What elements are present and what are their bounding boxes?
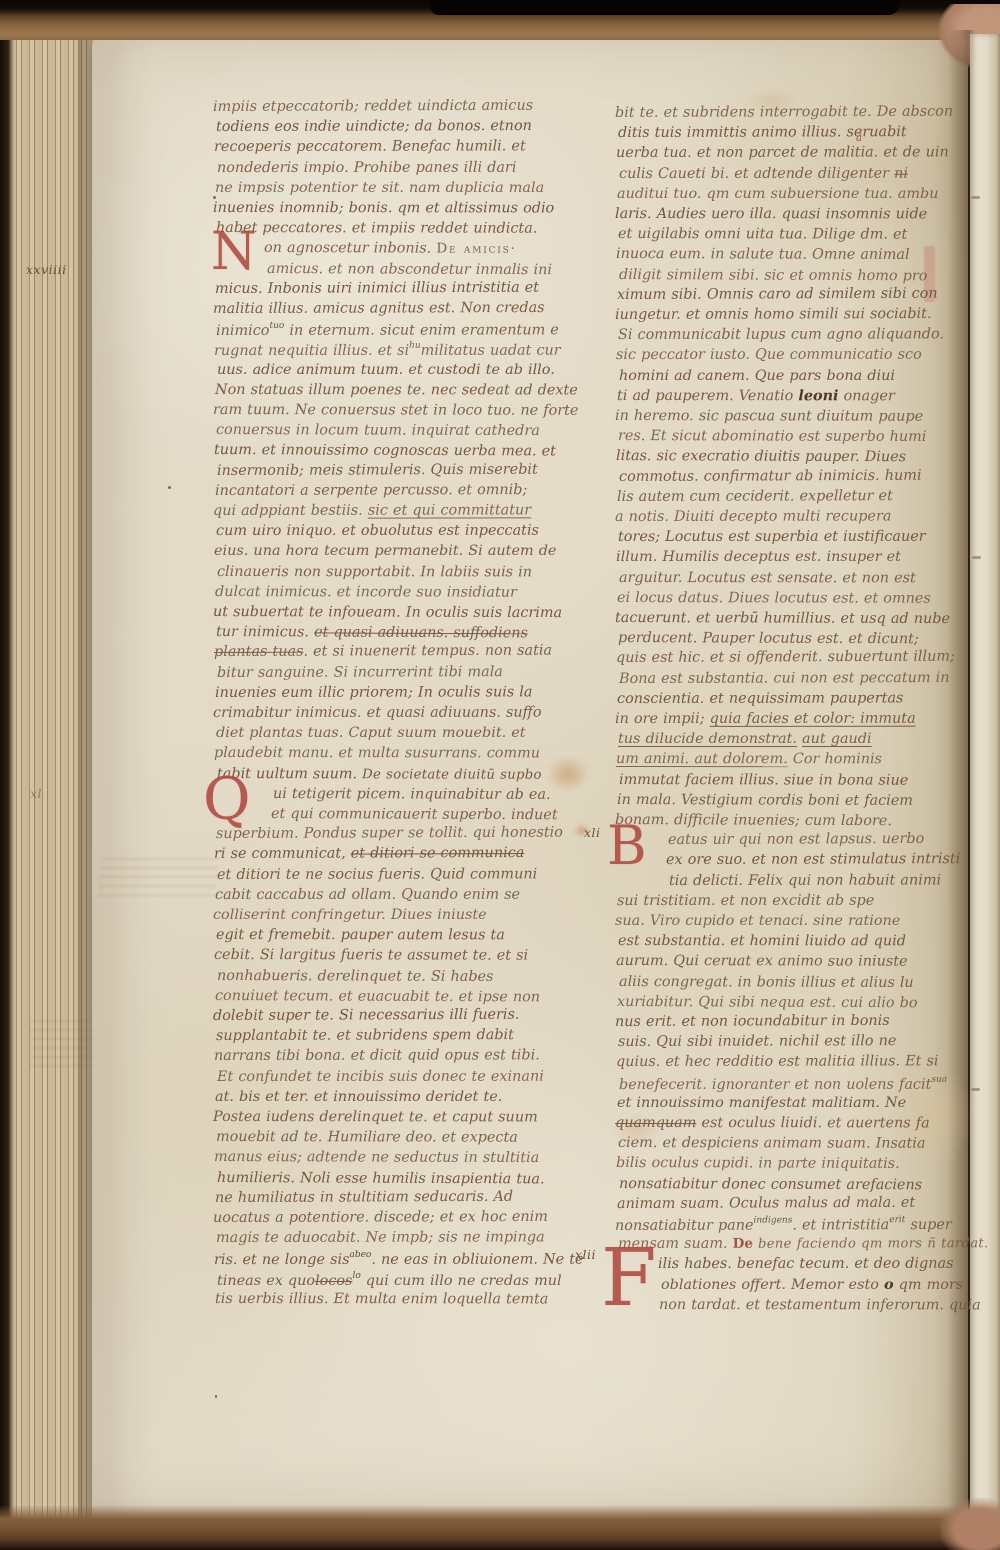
text-segment: in eternum. sicut enim eramentum e xyxy=(284,322,559,339)
text-segment-sup: sua xyxy=(931,1074,947,1084)
text-line: uerba tua. et non parcet de malitia. et … xyxy=(616,146,949,161)
text-segment: . et intristitia xyxy=(792,1217,889,1233)
text-segment: diet plantas tuas. Caput suum mouebit. e… xyxy=(216,725,526,741)
text-line: rugnat nequitia illius. et sihumilitatus… xyxy=(214,342,561,359)
text-segment: perducent. Pauper locutus est. et dicunt… xyxy=(618,630,919,647)
text-segment: culis Caueti bi. et adtende diligenter xyxy=(619,165,894,181)
text-line: dolebit super te. Si necessarius illi fu… xyxy=(213,1008,520,1024)
text-line: auditui tuo. qm cum subuersione tua. amb… xyxy=(617,187,939,201)
binding-stitch xyxy=(972,556,981,559)
text-line: conuersus in locum tuum. inquirat cathed… xyxy=(216,423,540,438)
text-segment: res. Et sicut abominatio est superbo hum… xyxy=(618,428,926,445)
text-segment-strike: quamquam xyxy=(615,1115,696,1131)
text-segment: sua. Viro cupido et tenaci. sine ratione xyxy=(615,913,900,929)
manuscript-photo: impiis etpeccatorib; reddet uindicta ami… xyxy=(0,0,1000,1550)
text-segment: eatus uir qui non est lapsus. uerbo xyxy=(668,831,924,848)
margin-chapter-number: xlii xyxy=(575,1247,596,1262)
text-segment: quius. et hec redditio est malitia illiu… xyxy=(616,1054,939,1071)
text-line: in heremo. sic pascua sunt diuitum paupe xyxy=(615,409,923,424)
text-segment: illum. Humilis deceptus est. insuper et xyxy=(616,549,901,565)
text-segment: cabit caccabus ad ollam. Quando enim se xyxy=(215,886,520,902)
text-segment: tuum. et innouissimo cognoscas uerba mea… xyxy=(214,442,556,459)
text-line: inuoca eum. in salute tua. Omne animal xyxy=(616,247,910,262)
text-line: magis te aduocabit. Ne impb; sis ne impi… xyxy=(216,1230,545,1245)
text-segment: at. bis et ter. et innouissimo deridet t… xyxy=(215,1089,502,1105)
text-segment: Cor hominis xyxy=(788,752,882,768)
text-line: humilieris. Noli esse humilis insapienti… xyxy=(217,1171,545,1187)
text-line: tacuerunt. et uerbū humillius. et usq ad… xyxy=(615,611,950,626)
text-segment-strike: ni xyxy=(894,165,908,181)
text-segment: ut subuertat te infoueam. In oculis suis… xyxy=(213,604,562,621)
text-segment: homini ad canem. Que pars bona diui xyxy=(619,368,895,384)
red-ink-accent: ã xyxy=(856,133,862,144)
text-line: et innouissimo manifestat malitiam. Ne xyxy=(617,1096,906,1110)
text-line: eius. una hora tecum permanebit. Si aute… xyxy=(214,544,556,558)
illuminated-initial-Q: Q xyxy=(203,776,251,822)
text-segment: onager xyxy=(839,388,895,404)
text-segment-sup: erit xyxy=(889,1215,905,1225)
text-line: on agnoscetur inbonis. De amicis· xyxy=(264,241,517,256)
text-segment: dulcat inimicus. et incorde suo insidiat… xyxy=(215,584,517,601)
text-segment: Postea iudens derelinquet te. et caput s… xyxy=(213,1109,538,1125)
text-segment: et innouissimo manifestat malitiam. Ne xyxy=(617,1095,906,1111)
text-line: suis. Qui sibi inuidet. nichil est illo … xyxy=(618,1034,896,1049)
text-line: micus. Inbonis uiri inimici illius intri… xyxy=(215,280,539,296)
text-line: insermonib; meis stimuleris. Quis misere… xyxy=(217,462,538,478)
text-segment: Si communicabit lupus cum agno aliquando… xyxy=(618,327,944,344)
text-segment-rub: bene faciendo qm mors ñ tardat. xyxy=(753,1236,989,1251)
text-segment-strike: et ditiori se communica xyxy=(351,845,525,862)
text-line: cebit. Si largitus fueris te assumet te.… xyxy=(214,948,528,963)
text-line: todiens eos indie uindicte; da bonos. et… xyxy=(216,119,532,134)
text-line: at. bis et ter. et innouissimo deridet t… xyxy=(215,1090,502,1104)
text-line: malitia illius. amicus agnitus est. Non … xyxy=(213,301,545,316)
text-segment: xuriabitur. Qui sibi nequa est. cui alio… xyxy=(617,994,918,1011)
margin-chapter-number: xli xyxy=(584,825,601,840)
text-segment: sui tristitiam. et non excidit ab spe xyxy=(617,893,874,909)
text-segment: inuoca eum. in salute tua. Omne animal xyxy=(616,246,910,263)
speck xyxy=(215,1395,217,1398)
text-line: tur inimicus. et quasi adiuuans. suffodi… xyxy=(216,625,528,641)
text-segment: Non statuas illum poenes te. nec sedeat … xyxy=(215,382,578,398)
text-line: ui tetigerit picem. inquinabitur ab ea. xyxy=(273,787,551,802)
text-segment: ilis habes. benefac tecum. et deo dignas xyxy=(658,1256,953,1272)
text-segment: mouebit ad te. Humiliare deo. et expecta xyxy=(216,1129,518,1146)
text-line: diligit similem sibi. sic et omnis homo … xyxy=(619,268,927,284)
text-line: tus dilucide demonstrat. aut gaudi xyxy=(618,732,872,746)
text-line: sua. Viro cupido et tenaci. sine ratione xyxy=(615,914,900,928)
text-segment: sic peccator iusto. Que communicatio sco xyxy=(616,347,922,363)
text-segment: rugnat nequitia illius. et si xyxy=(214,343,409,359)
text-line: nus erit. et non iocundabitur in bonis xyxy=(615,1014,890,1030)
text-line: in mala. Vestigium cordis boni et faciem xyxy=(617,793,913,808)
text-segment: arguitur. Locutus est sensate. et non es… xyxy=(619,570,916,586)
text-segment: on agnoscetur inbonis. xyxy=(264,240,436,257)
verso-showthrough xyxy=(30,1020,92,1072)
text-segment: conuersus in locum tuum. inquirat cathed… xyxy=(216,422,540,439)
text-segment: animam suam. Oculus malus ad mala. et xyxy=(617,1195,915,1212)
text-segment: conuiuet tecum. et euacuabit te. et ipse… xyxy=(215,988,540,1005)
text-line: recoeperis peccatorem. Benefac humili. e… xyxy=(214,140,526,155)
text-segment: aliis congregat. in bonis illius et aliu… xyxy=(619,974,914,991)
text-segment: ne humiliatus in stultitiam seducaris. A… xyxy=(215,1189,513,1206)
text-line: egit et fremebit. pauper autem lesus ta xyxy=(216,928,505,943)
text-segment: oblationes offert. Memor esto xyxy=(661,1277,884,1293)
text-segment: inuenies eum illic priorem; In oculis su… xyxy=(215,684,532,701)
text-line: bit te. et subridens interrogabit te. De… xyxy=(615,105,953,121)
text-segment: est substantia. et homini liuido ad quid xyxy=(618,933,906,949)
text-line: Postea iudens derelinquet te. et caput s… xyxy=(213,1110,538,1125)
verso-showthrough xyxy=(97,858,220,896)
text-segment: bit te. et subridens interrogabit te. De… xyxy=(615,104,953,121)
text-segment: conscientia. et nequissimam paupertas xyxy=(617,690,903,707)
text-line: a notis. Diuiti decepto multi recupera xyxy=(615,509,891,524)
text-line: Non statuas illum poenes te. nec sedeat … xyxy=(215,383,578,398)
text-segment: nus erit. et non iocundabitur in bonis xyxy=(615,1013,890,1030)
text-segment: inuenies inomnib; bonis. qm et altissimu… xyxy=(213,200,554,216)
text-line: sic peccator iusto. Que communicatio sco xyxy=(616,348,922,363)
text-line: qui adppiant bestiis. sic et qui committ… xyxy=(213,503,531,518)
margin-chapter-number: xl xyxy=(30,786,42,801)
text-line: bonam. difficile inuenies; cum labore. xyxy=(615,813,892,829)
text-line: Et confundet te incibis suis donec te ex… xyxy=(217,1069,544,1084)
text-segment: tineas ex quo xyxy=(217,1273,315,1289)
text-segment: qui adppiant bestiis. xyxy=(213,503,368,519)
text-segment: aurum. Qui ceruat ex animo suo iniuste xyxy=(616,953,908,970)
text-line: inuenies inomnib; bonis. qm et altissimu… xyxy=(213,201,554,216)
text-segment-sup: indigens xyxy=(754,1215,793,1225)
text-segment-strike: plantas tuas xyxy=(214,644,304,660)
text-line: nonsatiabitur paneindigens. et intristit… xyxy=(615,1216,952,1233)
text-segment: lis autem cum ceciderit. expelletur et xyxy=(617,488,893,505)
text-segment: litas. sic execratio diuitis pauper. Diu… xyxy=(616,448,906,465)
text-segment: ximum sibi. Omnis caro ad similem sibi c… xyxy=(617,285,938,302)
text-line: ditis tuis immittis animo illius. seruab… xyxy=(618,125,907,140)
text-line: Bona est substantia. cui non est peccatu… xyxy=(619,671,950,686)
text-line: arguitur. Locutus est sensate. et non es… xyxy=(619,571,916,586)
text-line: nonsatiabitur donec consumet arefaciens xyxy=(619,1177,922,1193)
text-segment: tia delicti. Felix qui non habuit animi xyxy=(669,872,941,889)
text-segment-rub: De societate diuitū supbo xyxy=(362,767,542,782)
text-line: mouebit ad te. Humiliare deo. et expecta xyxy=(216,1130,518,1145)
text-segment: ti ad pauperem. Venatio xyxy=(617,388,798,404)
text-segment-sup: lo xyxy=(352,1271,360,1281)
text-segment: nonhabueris. derelinquet te. Si habes xyxy=(217,968,494,985)
text-segment: bitur sanguine. Si incurrerint tibi mala xyxy=(217,664,503,681)
text-segment: est oculus liuidi. et auertens fa xyxy=(696,1115,929,1131)
text-segment: ei locus datus. Diues locutus est. et om… xyxy=(617,590,931,607)
text-column-right: bit te. et subridens interrogabit te. De… xyxy=(617,106,973,1326)
text-segment: plaudebit manu. et multa susurrans. comm… xyxy=(214,745,540,761)
text-segment: ne impsis potentior te sit. nam duplicia… xyxy=(215,180,544,196)
text-segment: tacuerunt. et uerbū humillius. et usq ad… xyxy=(615,610,950,627)
text-line: mensam suam. De bene faciendo qm mors ñ … xyxy=(618,1236,989,1251)
text-line: ciem. et despiciens animam suam. Insatia xyxy=(618,1136,926,1151)
text-line: tabit uultum suum. De societate diuitū s… xyxy=(217,767,542,782)
text-line: animam suam. Oculus malus ad mala. et xyxy=(617,1196,915,1212)
text-segment: in heremo. sic pascua sunt diuitum paupe xyxy=(615,408,923,425)
text-line: uocatus a potentiore. discede; et ex hoc… xyxy=(213,1210,548,1225)
text-line: cum uiro iniquo. et obuolutus est inpecc… xyxy=(216,524,539,539)
text-segment: tis uerbis illius. Et multa enim loquell… xyxy=(215,1291,548,1307)
text-segment: uus. adice animum tuum. et custodi te ab… xyxy=(217,362,555,378)
text-line: et qui communicauerit superbo. induet xyxy=(271,807,558,823)
text-segment: laris. Audies uero illa. quasi insomnis … xyxy=(615,206,927,222)
text-segment: cum uiro iniquo. et obuolutus est inpecc… xyxy=(216,523,539,539)
leather-corner-bottom xyxy=(940,1498,1000,1550)
text-line: tores; Locutus est superbia et iustifica… xyxy=(618,530,926,545)
text-segment: todiens eos indie uindicte; da bonos. et… xyxy=(216,118,532,135)
text-line: tia delicti. Felix qui non habuit animi xyxy=(669,873,941,888)
text-line: illum. Humilis deceptus est. insuper et xyxy=(616,550,901,564)
text-line: uus. adice animum tuum. et custodi te ab… xyxy=(217,363,555,377)
illuminated-initial-B: B xyxy=(607,824,647,867)
text-segment: incantatori a serpente percusso. et omni… xyxy=(215,482,527,499)
text-segment: super xyxy=(905,1217,951,1233)
text-line: Si communicabit lupus cum agno aliquando… xyxy=(618,328,944,343)
text-segment: Bona est substantia. cui non est peccatu… xyxy=(619,670,950,687)
text-line: est substantia. et homini liuido ad quid xyxy=(618,934,906,949)
text-line: conscientia. et nequissimam paupertas xyxy=(617,691,903,706)
text-line: nondederis impio. Prohibe panes illi dar… xyxy=(217,160,516,175)
text-line: et uigilabis omni uita tua. Dilige dm. e… xyxy=(618,227,907,242)
text-segment-strike: et quasi adiuuans. suffodiens xyxy=(314,625,528,642)
text-segment: et qui communicauerit superbo. induet xyxy=(271,806,558,823)
text-segment: eius. una hora tecum permanebit. Si aute… xyxy=(214,543,556,559)
text-line: ris. et ne longe sisabeo. ne eas in obli… xyxy=(214,1251,584,1268)
text-segment: ui tetigerit picem. inquinabitur ab ea. xyxy=(273,786,551,803)
text-line: diet plantas tuas. Caput suum mouebit. e… xyxy=(216,726,526,740)
text-segment-ul: quia facies et color: immuta xyxy=(710,711,916,727)
text-segment: . ne eas in obliuionem. Ne te xyxy=(371,1252,583,1268)
text-line: inuenies eum illic priorem; In oculis su… xyxy=(215,685,532,700)
text-segment: et ditiori te ne socius fueris. Quid com… xyxy=(217,866,537,883)
text-segment-ul: um animi. aut dolorem. xyxy=(616,751,788,767)
text-segment: bonam. difficile inuenies; cum labore. xyxy=(615,812,892,829)
binding-top-gap xyxy=(430,0,900,15)
text-segment-ul: tus dilucide demonstrat. xyxy=(618,731,797,747)
text-line: ne humiliatus in stultitiam seducaris. A… xyxy=(215,1190,513,1206)
text-line: conuiuet tecum. et euacuabit te. et ipse… xyxy=(215,989,540,1005)
text-segment: crimabitur inimicus. et quasi adiuuans. … xyxy=(213,705,542,721)
text-segment: commotus. confirmatur ab inimicis. humi xyxy=(619,467,922,484)
text-line: ilis habes. benefac tecum. et deo dignas xyxy=(658,1257,953,1272)
text-segment: recoeperis peccatorem. Benefac humili. e… xyxy=(214,139,526,156)
text-segment-dark: leoni xyxy=(798,387,838,404)
text-line: ex ore suo. et non est stimulatus intris… xyxy=(666,852,960,867)
text-segment: ciem. et despiciens animam suam. Insatia xyxy=(618,1135,926,1152)
text-line: supplantabit te. et subridens spem dabit xyxy=(216,1028,514,1043)
illuminated-initial-N: N xyxy=(211,232,257,274)
text-segment: malitia illius. amicus agnitus est. Non … xyxy=(213,300,545,317)
text-line: impiis etpeccatorib; reddet uindicta ami… xyxy=(213,99,533,115)
text-segment-ul: aut gaudi xyxy=(802,731,872,747)
text-line: colliserint confringetur. Diues iniuste xyxy=(213,908,487,922)
text-segment: uocatus a potentiore. discede; et ex hoc… xyxy=(213,1209,548,1226)
text-segment: in ore impii; xyxy=(615,711,710,727)
text-line: in ore impii; quia facies et color: immu… xyxy=(615,712,916,727)
text-line: litas. sic execratio diuitis pauper. Diu… xyxy=(616,449,906,465)
text-segment-rubred: De xyxy=(733,1236,753,1252)
text-line: oblationes offert. Memor esto o qm mors xyxy=(661,1278,963,1292)
text-segment: nonsatiabitur donec consumet arefaciens xyxy=(619,1176,922,1193)
text-line: plaudebit manu. et multa susurrans. comm… xyxy=(214,746,540,761)
text-line: tis uerbis illius. Et multa enim loquell… xyxy=(215,1292,548,1307)
text-line: iungetur. et omnis homo simili sui socia… xyxy=(615,307,932,322)
text-segment: impiis etpeccatorib; reddet uindicta ami… xyxy=(213,98,533,115)
text-segment: auditui tuo. qm cum subuersione tua. amb… xyxy=(617,186,939,202)
text-line: immutat faciem illius. siue in bona siue xyxy=(619,773,908,788)
text-segment: a notis. Diuiti decepto multi recupera xyxy=(615,508,891,525)
text-line: laris. Audies uero illa. quasi insomnis … xyxy=(615,207,927,222)
margin-chapter-number: xxviiii xyxy=(26,262,67,277)
text-line: perducent. Pauper locutus est. et dicunt… xyxy=(618,631,919,647)
text-segment: et uigilabis omni uita tua. Dilige dm. e… xyxy=(618,226,907,243)
text-segment-dark: o xyxy=(884,1276,894,1293)
text-segment: inimico xyxy=(216,323,269,339)
text-line: bilis oculus cupidi. in parte iniquitati… xyxy=(616,1156,900,1171)
text-segment: ditis tuis immittis animo illius. seruab… xyxy=(618,124,907,141)
text-line: ut subuertat te infoueam. In oculis suis… xyxy=(213,605,562,621)
text-segment: tores; Locutus est superbia et iustifica… xyxy=(618,529,926,545)
text-line: tineas ex quolocoslo qui cum illo ne cre… xyxy=(217,1272,562,1288)
text-line: culis Caueti bi. et adtende diligenter n… xyxy=(619,166,908,181)
text-segment: habet peccatores. et impiis reddet uindi… xyxy=(216,220,537,237)
text-line: inimicotuo in eternum. sicut enim eramen… xyxy=(216,321,559,338)
text-segment: Et confundet te incibis suis donec te ex… xyxy=(217,1068,544,1084)
text-line: quius. et hec redditio est malitia illiu… xyxy=(616,1055,939,1070)
text-line: res. Et sicut abominatio est superbo hum… xyxy=(618,429,926,444)
text-line: commotus. confirmatur ab inimicis. humi xyxy=(619,468,922,484)
text-segment: iungetur. et omnis homo simili sui socia… xyxy=(615,306,932,323)
text-segment-strike: locos xyxy=(315,1273,352,1289)
text-line: clinaueris non supportabit. In labiis su… xyxy=(217,565,532,580)
text-line: ximum sibi. Omnis caro ad similem sibi c… xyxy=(617,286,938,302)
text-segment: militatus uadat cur xyxy=(421,343,561,359)
text-line: nonhabueris. derelinquet te. Si habes xyxy=(217,969,494,984)
text-line: dulcat inimicus. et incorde suo insidiat… xyxy=(215,585,517,600)
illuminated-initial-F: F xyxy=(601,1246,657,1310)
text-segment-ul: sic et qui committatur xyxy=(368,502,531,518)
text-line: homini ad canem. Que pars bona diui xyxy=(619,369,895,383)
text-line: amicus. et non abscondetur inmalis ini xyxy=(267,262,552,278)
text-line: quamquam est oculus liuidi. et auertens … xyxy=(615,1116,930,1131)
text-line: eatus uir qui non est lapsus. uerbo xyxy=(668,832,924,847)
text-line: manus eius; adtende ne seductus in stult… xyxy=(214,1150,539,1165)
text-segment-caps: De amicis· xyxy=(436,241,516,257)
text-segment: diligit similem sibi. sic et omnis homo … xyxy=(619,267,928,284)
text-segment: superbium. Pondus super se tollit. qui h… xyxy=(216,825,563,842)
text-line: non tardat. et testamentum inferorum. qu… xyxy=(659,1298,981,1313)
text-segment: . et si inuenerit tempus. non satia xyxy=(303,643,552,660)
text-line: superbium. Pondus super se tollit. qui h… xyxy=(216,826,563,842)
text-segment: insermonib; meis stimuleris. Quis misere… xyxy=(217,461,538,478)
text-segment: tur inimicus. xyxy=(216,624,314,640)
text-line: narrans tibi bona. et dicit quid opus es… xyxy=(214,1049,540,1064)
text-segment: egit et fremebit. pauper autem lesus ta xyxy=(216,927,505,943)
text-segment: narrans tibi bona. et dicit quid opus es… xyxy=(214,1048,540,1065)
text-segment: ram tuum. Ne conuersus stet in loco tuo.… xyxy=(213,402,578,419)
text-line: ram tuum. Ne conuersus stet in loco tuo.… xyxy=(213,403,578,418)
speck xyxy=(168,486,171,489)
text-segment: nondederis impio. Prohibe panes illi dar… xyxy=(217,159,516,175)
text-segment: micus. Inbonis uiri inimici illius intri… xyxy=(215,279,539,296)
text-line: crimabitur inimicus. et quasi adiuuans. … xyxy=(213,706,542,721)
text-segment: qui cum illo ne credas mul xyxy=(361,1273,562,1289)
text-line: plantas tuas. et si inuenerit tempus. no… xyxy=(214,644,552,660)
text-segment: humilieris. Noli esse humilis insapienti… xyxy=(217,1170,545,1187)
text-segment-sup: hu xyxy=(409,341,421,351)
text-line: aurum. Qui ceruat ex animo suo iniuste xyxy=(616,954,908,969)
text-line: aliis congregat. in bonis illius et aliu… xyxy=(619,975,914,990)
text-line: cabit caccabus ad ollam. Quando enim se xyxy=(215,887,520,902)
text-segment: uerba tua. et non parcet de malitia. et … xyxy=(616,145,949,162)
text-segment: immutat faciem illius. siue in bona siue xyxy=(619,772,908,789)
text-line: habet peccatores. et impiis reddet uindi… xyxy=(216,221,537,236)
text-line: bitur sanguine. Si incurrerint tibi mala xyxy=(217,665,503,680)
text-line: sui tristitiam. et non excidit ab spe xyxy=(617,894,874,909)
text-segment: quis est hic. et si offenderit. subuertu… xyxy=(616,649,955,666)
text-column-left: impiis etpeccatorib; reddet uindicta ami… xyxy=(215,100,571,1320)
text-segment: benefecerit. ignoranter et non uolens fa… xyxy=(619,1076,931,1092)
text-segment-sup: abeo xyxy=(349,1250,371,1260)
text-segment: amicus. et non abscondetur inmalis ini xyxy=(267,261,552,278)
text-segment: magis te aduocabit. Ne impb; sis ne impi… xyxy=(216,1229,545,1246)
text-line: ne impsis potentior te sit. nam duplicia… xyxy=(215,181,544,195)
text-segment: suis. Qui sibi inuidet. nichil est illo … xyxy=(618,1033,896,1050)
text-line: tuum. et innouissimo cognoscas uerba mea… xyxy=(214,443,556,459)
text-segment: ex ore suo. et non est stimulatus intris… xyxy=(666,851,960,868)
text-line: benefecerit. ignoranter et non uolens fa… xyxy=(619,1075,947,1092)
text-line: ti ad pauperem. Venatio leoni onager xyxy=(617,389,895,404)
text-segment: in mala. Vestigium cordis boni et faciem xyxy=(617,792,913,809)
text-line: ri se communicat, et ditiori se communic… xyxy=(214,846,524,861)
text-segment: dolebit super te. Si necessarius illi fu… xyxy=(213,1007,520,1024)
text-line: et ditiori te ne socius fueris. Quid com… xyxy=(217,867,537,882)
text-segment: bilis oculus cupidi. in parte iniquitati… xyxy=(616,1155,900,1172)
verso-showthrough xyxy=(330,1524,520,1538)
text-line: xuriabitur. Qui sibi nequa est. cui alio… xyxy=(617,995,918,1011)
text-segment: colliserint confringetur. Diues iniuste xyxy=(213,907,487,923)
text-line: lis autem cum ceciderit. expelletur et xyxy=(617,489,893,504)
text-segment-sup: tuo xyxy=(269,321,284,331)
text-line: incantatori a serpente percusso. et omni… xyxy=(215,483,527,498)
text-segment: ris. et ne longe sis xyxy=(214,1252,349,1268)
text-segment: clinaueris non supportabit. In labiis su… xyxy=(217,564,532,580)
text-line: um animi. aut dolorem. Cor hominis xyxy=(616,752,882,767)
text-line: quis est hic. et si offenderit. subuertu… xyxy=(616,650,955,666)
text-segment: qm mors xyxy=(894,1277,964,1293)
text-segment: manus eius; adtende ne seductus in stult… xyxy=(214,1149,539,1166)
text-segment: supplantabit te. et subridens spem dabit xyxy=(216,1027,514,1044)
text-segment: ri se communicat, xyxy=(214,846,351,862)
text-line: ei locus datus. Diues locutus est. et om… xyxy=(617,591,931,606)
text-segment: non tardat. et testamentum inferorum. qu… xyxy=(659,1297,981,1313)
text-segment: cebit. Si largitus fueris te assumet te.… xyxy=(214,947,528,964)
